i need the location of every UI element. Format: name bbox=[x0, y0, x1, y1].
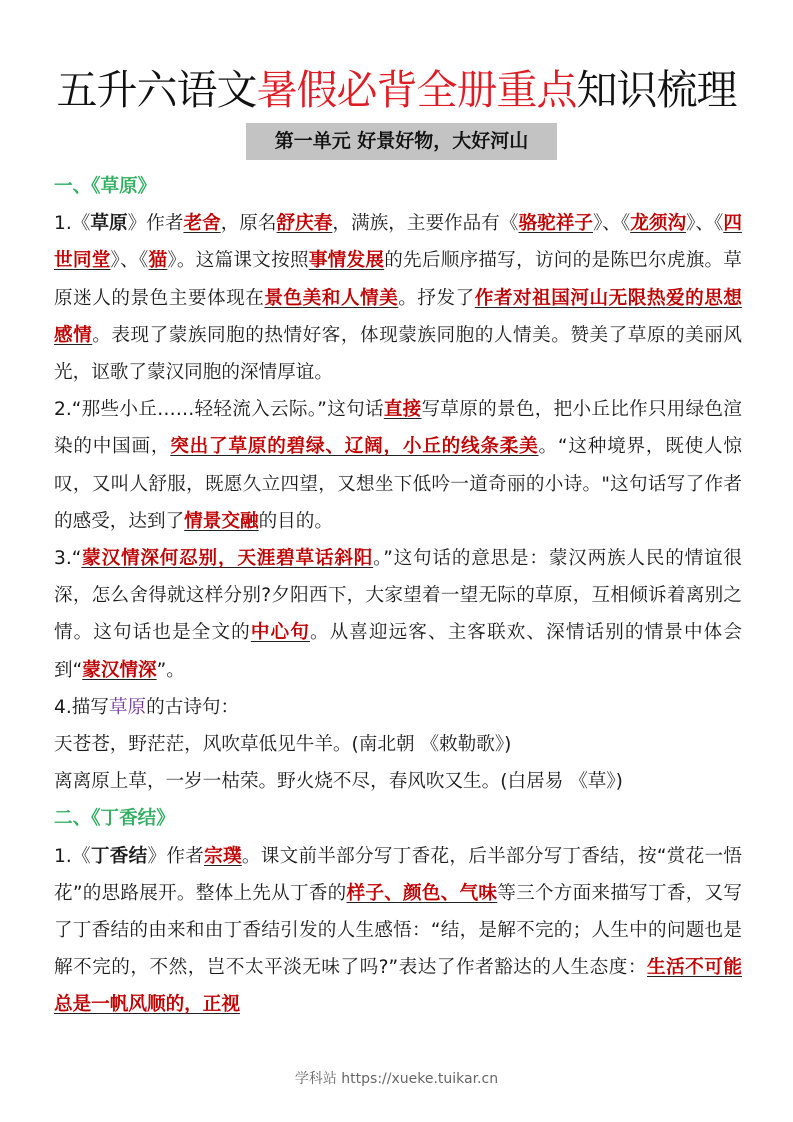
unit-banner: 第一单元 好景好物，大好河山 bbox=[246, 123, 557, 160]
text-run: 》作者 bbox=[128, 213, 184, 234]
highlighted-term: 猫 bbox=[148, 250, 167, 271]
text-run: 》作者 bbox=[148, 846, 205, 867]
paragraph: 2.“那些小丘……轻轻流入云际。”这句话直接写草原的景色，把小丘比作只用绿色渲染… bbox=[54, 391, 742, 540]
text-run: ”。 bbox=[157, 660, 185, 681]
title-part-2: 知识梳理 bbox=[577, 66, 737, 114]
highlighted-term: 蒙汉情深何忍别，天涯碧草话斜阳 bbox=[81, 548, 373, 569]
poem-line: 离离原上草，一岁一枯荣。野火烧不尽，春风吹又生。(白居易 《草》) bbox=[54, 763, 742, 800]
highlighted-term: 宗璞 bbox=[204, 846, 242, 867]
title-part-1: 五升六语文 bbox=[57, 66, 257, 114]
highlighted-term: 突出了草原的碧绿、辽阔，小丘的线条柔美 bbox=[170, 436, 538, 457]
text-run: ，原名 bbox=[221, 213, 277, 234]
highlighted-term: 舒庆春 bbox=[277, 213, 333, 234]
text-run: 。表现了蒙族同胞的热情好客，体现蒙族同胞的人情美。赞美了草原的美丽风光，讴歌了蒙… bbox=[54, 325, 742, 383]
highlighted-term: 中心句 bbox=[251, 622, 310, 643]
paragraph: 3.“蒙汉情深何忍别，天涯碧草话斜阳。”这句话的意思是：蒙汉两族人民的情谊很深，… bbox=[54, 540, 742, 689]
text-run: 》、《 bbox=[593, 213, 630, 234]
highlighted-term: 样子、颜色、气味 bbox=[347, 883, 498, 904]
paragraph: 4.描写草原的古诗句： bbox=[54, 689, 742, 726]
text-run: 。抒发了 bbox=[398, 288, 475, 309]
paragraph: 1.《丁香结》作者宗璞。课文前半部分写丁香花，后半部分写丁香结，按“赏花一悟花”… bbox=[54, 838, 742, 1024]
text-run: 4.描写 bbox=[54, 697, 109, 718]
highlighted-term: 蒙汉情深 bbox=[82, 660, 156, 681]
footer-watermark: 学科站 https://xueke.tuikar.cn bbox=[0, 1068, 793, 1088]
poem-line: 天苍苍，野茫茫，风吹草低见牛羊。(南北朝 《敕勒歌》) bbox=[54, 726, 742, 763]
highlighted-term: 龙须沟 bbox=[630, 213, 686, 234]
highlighted-term: 骆驼祥子 bbox=[519, 213, 593, 234]
text-run: 3.“ bbox=[54, 548, 81, 569]
text-run: 的目的。 bbox=[259, 511, 333, 532]
section-heading-1: 一、《草原》 bbox=[54, 168, 742, 205]
text-run: 》、《 bbox=[686, 213, 723, 234]
text-run: ，满族，主要作品有《 bbox=[332, 213, 518, 234]
text-run: 》。这篇课文按照 bbox=[167, 250, 308, 271]
highlighted-term: 事情发展 bbox=[309, 250, 384, 271]
bold-term: 草原 bbox=[90, 213, 127, 234]
document-body: 一、《草原》 1.《草原》作者老舍，原名舒庆春，满族，主要作品有《骆驼祥子》、《… bbox=[54, 168, 742, 1024]
purple-term: 草原 bbox=[109, 697, 146, 718]
text-run: 离离原上草，一岁一枯荣。野火烧不尽，春风吹又生。(白居易 《草》) bbox=[54, 771, 623, 792]
text-run: 1.《 bbox=[54, 846, 91, 867]
section-heading-2: 二、《丁香结》 bbox=[54, 800, 742, 837]
page-title: 五升六语文暑假必背全册重点知识梳理 bbox=[0, 62, 793, 118]
text-run: 2.“那些小丘……轻轻流入云际。”这句话 bbox=[54, 399, 384, 420]
highlighted-term: 景色美和人情美 bbox=[264, 288, 398, 309]
highlighted-term: 情景交融 bbox=[184, 511, 258, 532]
bold-term: 丁香结 bbox=[91, 846, 148, 867]
text-run: 》、《 bbox=[111, 250, 149, 271]
text-run: 的古诗句： bbox=[146, 697, 239, 718]
highlighted-term: 老舍 bbox=[183, 213, 220, 234]
text-run: 天苍苍，野茫茫，风吹草低见牛羊。(南北朝 《敕勒歌》) bbox=[54, 734, 511, 755]
title-accent: 暑假必背全册重点 bbox=[257, 66, 577, 114]
paragraph: 1.《草原》作者老舍，原名舒庆春，满族，主要作品有《骆驼祥子》、《龙须沟》、《四… bbox=[54, 205, 742, 391]
highlighted-term: 直接 bbox=[384, 399, 422, 420]
text-run: 1.《 bbox=[54, 213, 90, 234]
